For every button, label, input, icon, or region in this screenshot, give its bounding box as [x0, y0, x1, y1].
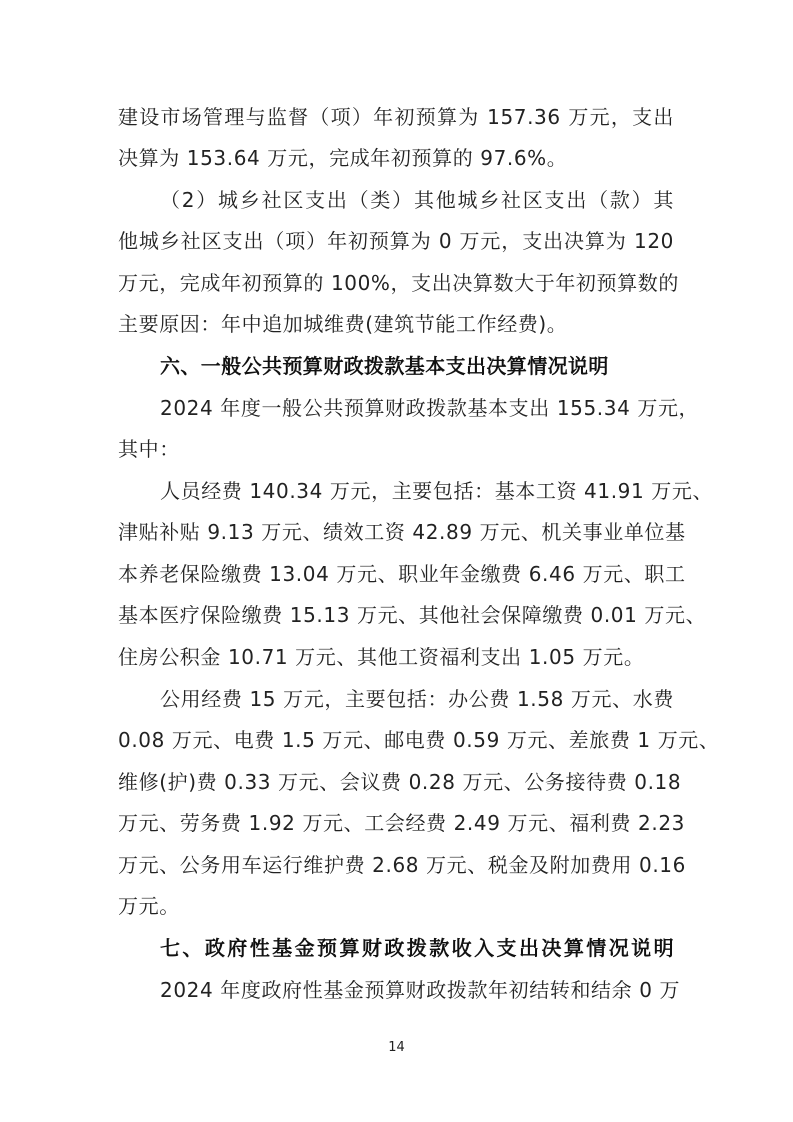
text-line: 主要原因：年中追加城维费(建筑节能工作经费)。 [118, 312, 674, 336]
text-line: 本养老保险缴费 13.04 万元、职业年金缴费 6.46 万元、职工 [118, 562, 674, 586]
text-line: 万元、公务用车运行维护费 2.68 万元、税金及附加费用 0.16 [118, 853, 674, 877]
text-line: 万元、劳务费 1.92 万元、工会经费 2.49 万元、福利费 2.23 [118, 811, 674, 835]
text-line: 住房公积金 10.71 万元、其他工资福利支出 1.05 万元。 [118, 645, 674, 669]
text-line: 建设市场管理与监督（项）年初预算为 157.36 万元，支出 [118, 105, 674, 129]
text-line: 万元。 [118, 894, 674, 918]
text-line: 决算为 153.64 万元，完成年初预算的 97.6%。 [118, 146, 674, 170]
text-line: 0.08 万元、电费 1.5 万元、邮电费 0.59 万元、差旅费 1 万元、 [118, 728, 674, 752]
page-number: 14 [0, 1040, 793, 1055]
section-heading: 七、政府性基金预算财政拨款收入支出决算情况说明 [160, 936, 674, 960]
text-line: （2）城乡社区支出（类）其他城乡社区支出（款）其 [160, 188, 674, 212]
text-line: 津贴补贴 9.13 万元、绩效工资 42.89 万元、机关事业单位基 [118, 520, 674, 544]
text-line: 公用经费 15 万元，主要包括：办公费 1.58 万元、水费 [160, 687, 674, 711]
document-page: 建设市场管理与监督（项）年初预算为 157.36 万元，支出决算为 153.64… [0, 0, 793, 1122]
text-line: 他城乡社区支出（项）年初预算为 0 万元，支出决算为 120 [118, 229, 674, 253]
text-line: 其中： [118, 437, 674, 461]
section-heading: 六、一般公共预算财政拨款基本支出决算情况说明 [160, 354, 674, 378]
text-line: 基本医疗保险缴费 15.13 万元、其他社会保障缴费 0.01 万元、 [118, 603, 674, 627]
text-line: 2024 年度政府性基金预算财政拨款年初结转和结余 0 万 [160, 978, 674, 1002]
text-line: 维修(护)费 0.33 万元、会议费 0.28 万元、公务接待费 0.18 [118, 770, 674, 794]
text-line: 人员经费 140.34 万元，主要包括：基本工资 41.91 万元、 [160, 479, 674, 503]
text-line: 2024 年度一般公共预算财政拨款基本支出 155.34 万元， [160, 396, 674, 420]
text-line: 万元，完成年初预算的 100%，支出决算数大于年初预算数的 [118, 271, 674, 295]
